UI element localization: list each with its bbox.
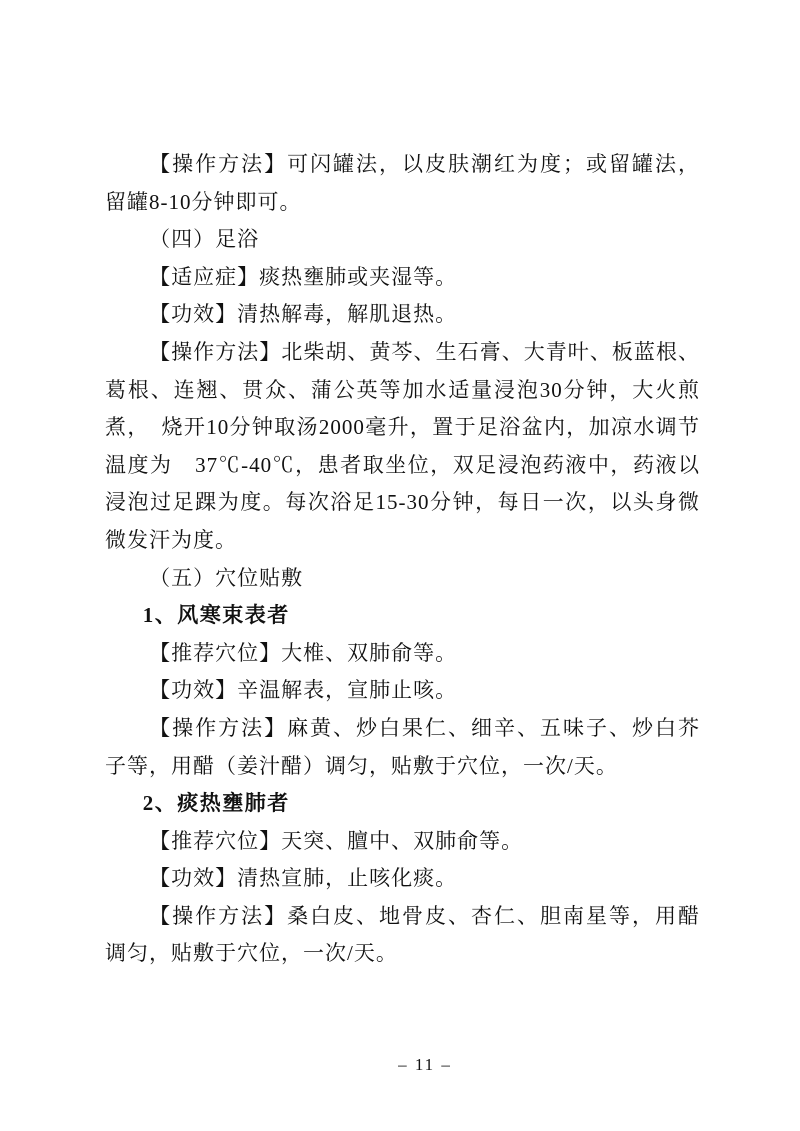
subsection-heading: 1、风寒束表者 [105,597,700,635]
text-line: 留罐8-10分钟即可。 [105,184,700,222]
text-line: 调匀，贴敷于穴位，一次/天。 [105,935,700,973]
text-line: 煮， 烧开10分钟取汤2000毫升，置于足浴盆内，加凉水调节 [105,409,700,447]
document-content: 【操作方法】可闪罐法，以皮肤潮红为度；或留罐法， 留罐8-10分钟即可。 （四）… [105,146,700,973]
text-line: 【推荐穴位】天突、膻中、双肺俞等。 [105,823,700,861]
text-line: 【功效】清热解毒，解肌退热。 [105,296,700,334]
text-line: 【操作方法】麻黄、炒白果仁、细辛、五味子、炒白芥 [105,710,700,748]
text-line: 【推荐穴位】大椎、双肺俞等。 [105,635,700,673]
text-line: 【操作方法】北柴胡、黄芩、生石膏、大青叶、板蓝根、 [105,334,700,372]
text-line: 【功效】清热宣肺，止咳化痰。 [105,860,700,898]
text-line: 葛根、连翘、贯众、蒲公英等加水适量浸泡30分钟，大火煎 [105,372,700,410]
text-line: 【功效】辛温解表，宣肺止咳。 [105,672,700,710]
text-line: 微发汗为度。 [105,522,700,560]
section-heading: （五）穴位贴敷 [105,560,700,598]
text-line: 【操作方法】可闪罐法，以皮肤潮红为度；或留罐法， [105,146,700,184]
page-number: – 11 – [50,1055,800,1075]
text-line: 浸泡过足踝为度。每次浴足15-30分钟，每日一次，以头身微 [105,484,700,522]
subsection-heading: 2、痰热壅肺者 [105,785,700,823]
text-line: 子等，用醋（姜汁醋）调匀，贴敷于穴位，一次/天。 [105,748,700,786]
document-page: 【操作方法】可闪罐法，以皮肤潮红为度；或留罐法， 留罐8-10分钟即可。 （四）… [0,0,800,1131]
text-line: 【操作方法】桑白皮、地骨皮、杏仁、胆南星等，用醋 [105,898,700,936]
text-line: 【适应症】痰热壅肺或夹湿等。 [105,259,700,297]
text-line: 温度为 37℃-40℃，患者取坐位，双足浸泡药液中，药液以 [105,447,700,485]
section-heading: （四）足浴 [105,221,700,259]
